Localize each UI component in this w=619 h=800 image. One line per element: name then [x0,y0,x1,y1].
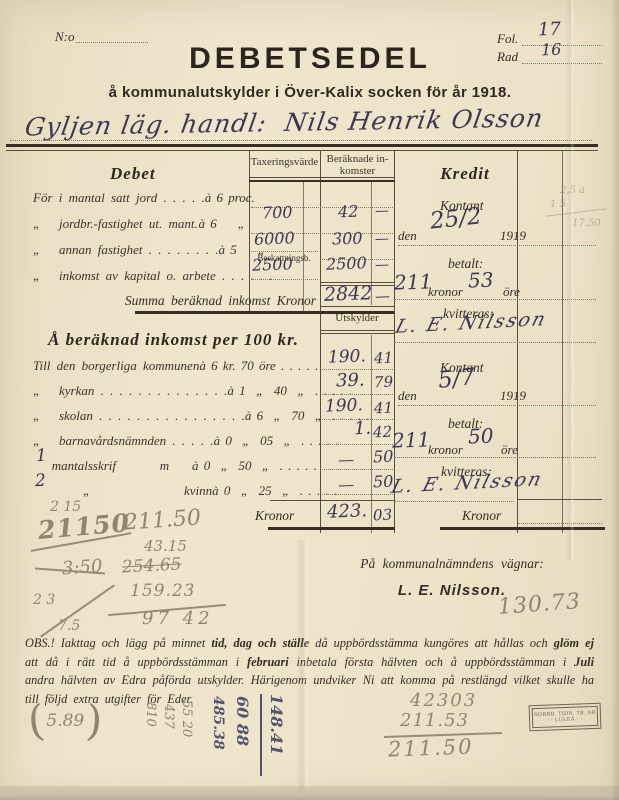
rule [322,493,393,495]
utskylder-row: „ kyrkan . . . . . . . . . . . . . . à 1… [33,383,317,399]
pencil-note: 2,5 a [560,185,585,196]
rule [251,278,318,280]
utskylder-value-ore: 42 [373,423,393,442]
rule [249,177,395,178]
no-dotted-line [76,41,148,43]
rule [251,250,318,252]
summa-value: 2842 [324,282,373,306]
debet-row-label: „ jordbr.-fastighet ut. mant. [33,216,198,232]
utskylder-value-kr: 39. [336,370,365,392]
pencil-paren: ) [85,695,105,745]
page-title: DEBETSEDEL [160,42,460,76]
pencil-rotated: 810 [143,702,158,727]
utskylder-row-label: Till den borgerliga kommunen [33,358,199,374]
utskylder-row: Till den borgerliga kommunen à 6 kr. 70 … [33,358,317,374]
ore-dash: — [375,257,390,273]
row-prefix-handwritten: 1 [36,446,48,466]
paper-crease [565,0,575,560]
debet-row: För i mantal satt jord . . . . . à 6 pro… [33,190,245,206]
rule [394,298,596,300]
pencil-note: 1 5 [550,199,566,210]
utskylder-row-label: „ skolan . . . . . . . . . . . . . . . . [33,408,245,424]
amount-ore-handwritten: 50 [468,424,494,449]
utskylder-value-kr: — [338,475,355,495]
pencil-calc: 7.5 [58,618,80,634]
pencil-calc: 3:50 [61,556,103,580]
tax-value: 2500 [252,254,293,274]
pencil-rotated: 148.41 [267,694,286,755]
rad-label: Rad [497,49,518,65]
amount-ore-handwritten: 53 [468,268,494,293]
page-subtitle: å kommunalutskylder i Över-Kalix socken … [60,84,560,101]
tax-value: 700 [262,202,293,222]
inkomst-value: 2500 [326,253,367,273]
rule [249,151,250,313]
date-handwritten: 25/2 [429,203,483,234]
amount-kronor-handwritten: 211 [394,269,433,294]
pencil-calc: 43.15 [144,537,187,555]
rule [6,144,598,147]
kronor-total-label: Kronor [255,508,294,524]
pencil-paren: ( [25,695,46,745]
rule [320,333,394,334]
utskylder-row: „ barnavårdsnämnden . . . . . à 0 „ 05 „… [33,433,317,449]
year-label: 1919 [500,228,526,244]
pencil-calc: 42303 [410,690,477,711]
pencil-calc: 2 3 [33,592,55,608]
fol-value-handwritten: 17 [538,19,562,41]
kredit-section-title: Kredit [420,164,510,184]
debet-row-label: „ inkomst av kapital o. arbete . . . . .… [33,268,273,284]
utskylder-value-ore: 79 [374,373,394,392]
utskylder-row-label: „ barnavårdsnämnden . . . . . [33,433,214,449]
no-label: N:o [55,29,75,45]
amount-kronor-handwritten: 211 [392,427,431,452]
utskylder-value-ore: 50 [373,447,394,467]
rule [398,244,596,246]
kronor-right-label: Kronor [462,508,501,524]
utskylder-row: „ skolan . . . . . . . . . . . . . . . .… [33,408,317,424]
paper-bottom-edge [0,786,619,800]
debet-row-label: „ annan fastighet . . . . . . . . [33,242,219,258]
rule [322,468,393,470]
utskylder-value-kr: 190. [328,346,367,367]
fol-label: Fol. [497,31,518,47]
col-taxeringsvarde: Taxeringsvärde [250,156,319,168]
pencil-paren-group: ( 5.89 ) [28,696,103,745]
pencil-calc: 97 42 [142,608,214,629]
pencil-amount: 130.73 [497,589,582,620]
fol-dotted-line [522,44,602,46]
paper-right-edge [611,0,619,800]
addressee-handwritten: Gyljen läg. handl: Nils Henrik Olsson [23,103,546,141]
inkomst-value: 300 [332,228,363,248]
rad-dotted-line [522,62,602,64]
debet-row-rate: à 6 proc. [205,190,255,206]
pencil-rotated: 485.38 [210,696,226,750]
utskylder-row-rate: à 0 „ 25 „ . . . . . [212,483,337,499]
utskylder-row-label: „ kvinn [33,483,212,499]
debetsedel-document: N:o Fol. 17 Rad 16 DEBETSEDEL å kommunal… [0,0,619,800]
pencil-value: 5.89 [46,711,84,731]
obs-paragraph: OBS.! Iakttag och lägg på minnet tid, da… [25,634,594,708]
utskylder-row-rate: à 0 „ 50 „ . . . . . [192,458,317,474]
pencil-rotated: 60 88 [233,696,252,746]
rad-value-handwritten: 16 [541,40,562,60]
debet-section-title: Debet [110,164,156,184]
rule [518,522,602,524]
utskylder-value-kr: 190. [325,395,364,416]
debet-row: „ jordbr.-fastighet ut. mant. à 6 „ [33,216,245,232]
col-beraknade-inkomster: Beräknade in-komster [322,153,393,177]
row-prefix-handwritten: 2 [35,471,47,491]
rule [398,404,596,406]
rule [6,150,598,151]
debet-row-rate: à 6 „ [199,216,245,232]
ore-dash: — [375,203,390,219]
summa-ore-dash: — [375,287,391,306]
col-utskylder: Utskylder [320,312,394,324]
pencil-calc: 159.23 [130,581,195,601]
rule [322,443,393,445]
addressee-dotted-line [10,139,592,141]
pencil-calc: 211.53 [400,710,469,731]
rule [394,341,596,343]
debet-row-label: För i mantal satt jord . . . . . [33,190,205,206]
kronor-total-value: 423. [327,500,368,522]
pencil-rotated: 437 [161,704,176,729]
pencil-calc-struck: 254.65 [122,554,182,577]
utskylder-row-rate: à 0 „ 05 „ . . . . . [214,433,339,449]
den-label: den [398,388,417,404]
printer-stamp: NORRB. TIDN. TR. AB · · LULEÅ · · [529,703,602,731]
utskylder-value-kr: — [338,450,355,470]
date-handwritten: 5/7 [437,364,477,394]
pencil-calc: 211.50 [123,505,202,535]
pencil-line [260,694,262,776]
rule [320,306,394,307]
utskylder-row-rate: à 6 kr. 70 öre . . . . . [199,358,318,374]
utskylder-value-ore: 41 [374,349,394,368]
debet-row: „ annan fastighet . . . . . . . . à 5 „ [33,242,245,258]
summa-label: Summa beräknad inkomst Kronor [88,293,316,309]
rule [394,500,514,502]
rule [249,180,395,182]
utskylder-value-kr: 1. [354,418,372,440]
utskylder-row-label: mantalsskrif m [33,458,169,474]
tax-value: 6000 [254,228,295,248]
signature-handwritten: L. E. Nilsson [389,468,546,498]
stamp-line: · · LULEÅ · · [530,716,600,725]
rule [320,330,394,331]
rule [440,527,605,530]
utskylder-value-ore: 41 [374,399,394,418]
pencil-calc: 211.50 [388,735,474,762]
year-label: 1919 [500,388,526,404]
utskylder-row: mantalsskrif m à 0 „ 50 „ . . . . . [33,458,317,474]
utskylder-row-label: „ kyrkan . . . . . . . . . . . . . . [33,383,227,399]
den-label: den [398,228,417,244]
pencil-rotated: 55 20 [179,700,194,737]
inkomst-value: 42 [338,202,359,222]
utskylder-row: „ kvinn à 0 „ 25 „ . . . . . [33,483,317,499]
ore-dash: — [375,231,390,247]
rule [268,527,395,530]
signature-handwritten: L. E. Nilsson [393,308,550,338]
rule [517,499,602,500]
vagnar-label: På kommunalnämndens vägnar: [347,556,557,572]
pencil-note: 17.50 [572,218,601,229]
kronor-total-ore: 03 [373,506,393,525]
rule [394,456,596,458]
rule [320,151,321,533]
utskylder-section-title: Å beräknad inkomst per 100 kr. [48,330,299,350]
